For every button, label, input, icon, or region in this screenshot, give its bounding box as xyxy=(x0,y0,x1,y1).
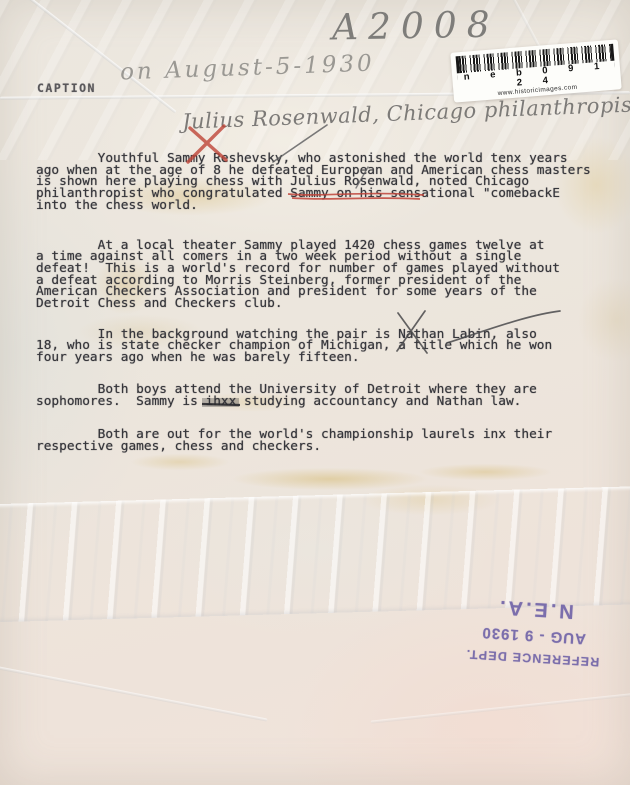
handwritten-archive-code: A2008 xyxy=(332,5,500,49)
reference-stamp: REFERENCE DEPT. AUG - 9 1930 N.E.A. xyxy=(446,592,622,670)
caption-paragraph-2: At a local theater Sammy played 1420 che… xyxy=(36,240,591,310)
stamp-department-line: REFERENCE DEPT. xyxy=(446,646,619,670)
handwritten-name-note: Julius Rosenwald, Chicago philanthropist xyxy=(182,92,630,134)
handwritten-date-note: on August-5-1930 xyxy=(120,51,375,86)
caption-paragraph-3: In the background watching the pair is N… xyxy=(36,329,591,364)
paper-crease-line xyxy=(371,691,630,723)
stamp-date-line: AUG - 9 1930 xyxy=(447,622,620,649)
stamp-agency-line: N.E.A. xyxy=(449,592,622,625)
caption-label: CAPTION xyxy=(37,81,96,95)
caption-paragraph-5: Both are out for the world's championshi… xyxy=(36,429,591,452)
typed-caption-text: Youthful Sammy Reshevsky, who astonished… xyxy=(36,153,591,453)
caption-paragraph-4: Both boys attend the University of Detro… xyxy=(36,384,591,407)
paper-crease-line xyxy=(0,661,268,721)
paper-crease-line xyxy=(0,0,177,113)
photo-caption-sheet: A2008 on August-5-1930 Julius Rosenwald,… xyxy=(0,0,630,785)
caption-paragraph-1: Youthful Sammy Reshevsky, who astonished… xyxy=(36,153,591,212)
